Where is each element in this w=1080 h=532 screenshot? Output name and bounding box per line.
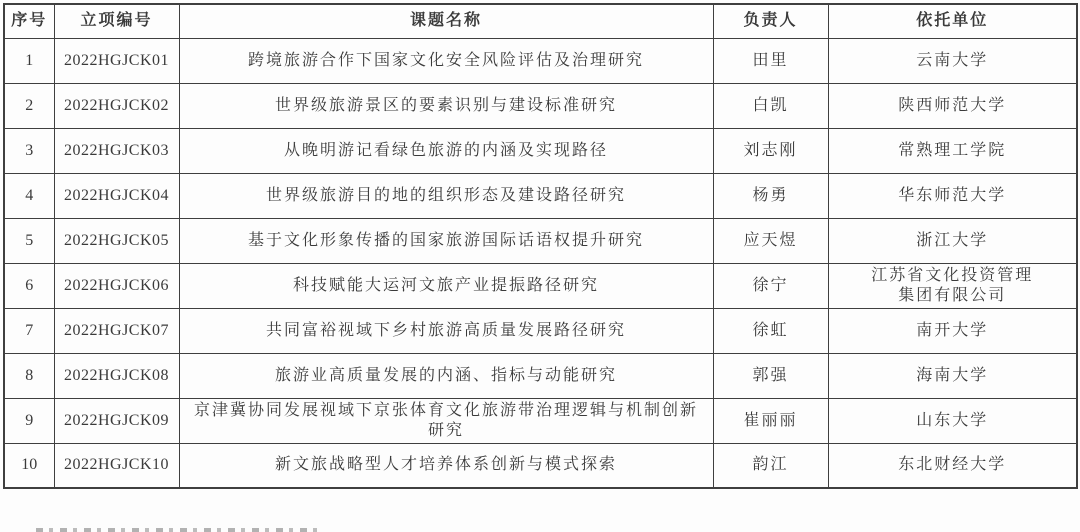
cell-institution: 常熟理工学院 bbox=[828, 128, 1077, 173]
cell-title: 共同富裕视域下乡村旅游高质量发展路径研究 bbox=[179, 308, 713, 353]
cell-leader: 徐虹 bbox=[713, 308, 828, 353]
cell-leader: 郭强 bbox=[713, 353, 828, 398]
cell-code: 2022HGJCK03 bbox=[54, 128, 179, 173]
cell-title: 京津冀协同发展视域下京张体育文化旅游带治理逻辑与机制创新 研究 bbox=[179, 398, 713, 443]
clipped-caption-fragment bbox=[36, 528, 321, 532]
cell-institution: 华东师范大学 bbox=[828, 173, 1077, 218]
table-row: 2 2022HGJCK02 世界级旅游景区的要素识别与建设标准研究 白凯 陕西师… bbox=[4, 83, 1077, 128]
cell-title: 世界级旅游目的地的组织形态及建设路径研究 bbox=[179, 173, 713, 218]
header-row: 序号 立项编号 课题名称 负责人 依托单位 bbox=[4, 4, 1077, 38]
cell-title: 世界级旅游景区的要素识别与建设标准研究 bbox=[179, 83, 713, 128]
cell-leader: 田里 bbox=[713, 38, 828, 83]
cell-title: 旅游业高质量发展的内涵、指标与动能研究 bbox=[179, 353, 713, 398]
table-row: 8 2022HGJCK08 旅游业高质量发展的内涵、指标与动能研究 郭强 海南大… bbox=[4, 353, 1077, 398]
cell-leader: 刘志刚 bbox=[713, 128, 828, 173]
cell-seq: 4 bbox=[4, 173, 54, 218]
table-row: 7 2022HGJCK07 共同富裕视域下乡村旅游高质量发展路径研究 徐虹 南开… bbox=[4, 308, 1077, 353]
table-row: 3 2022HGJCK03 从晚明游记看绿色旅游的内涵及实现路径 刘志刚 常熟理… bbox=[4, 128, 1077, 173]
cell-leader: 韵江 bbox=[713, 443, 828, 488]
cell-code: 2022HGJCK05 bbox=[54, 218, 179, 263]
cell-seq: 8 bbox=[4, 353, 54, 398]
cell-seq: 9 bbox=[4, 398, 54, 443]
cell-leader: 崔丽丽 bbox=[713, 398, 828, 443]
cell-seq: 2 bbox=[4, 83, 54, 128]
cell-seq: 10 bbox=[4, 443, 54, 488]
cell-title: 从晚明游记看绿色旅游的内涵及实现路径 bbox=[179, 128, 713, 173]
table-row: 10 2022HGJCK10 新文旅战略型人才培养体系创新与模式探索 韵江 东北… bbox=[4, 443, 1077, 488]
cell-institution: 南开大学 bbox=[828, 308, 1077, 353]
cell-institution: 海南大学 bbox=[828, 353, 1077, 398]
table-row: 9 2022HGJCK09 京津冀协同发展视域下京张体育文化旅游带治理逻辑与机制… bbox=[4, 398, 1077, 443]
page: 序号 立项编号 课题名称 负责人 依托单位 1 2022HGJCK01 跨境旅游… bbox=[0, 0, 1080, 532]
cell-seq: 7 bbox=[4, 308, 54, 353]
table-body: 1 2022HGJCK01 跨境旅游合作下国家文化安全风险评估及治理研究 田里 … bbox=[4, 38, 1077, 488]
cell-title: 基于文化形象传播的国家旅游国际话语权提升研究 bbox=[179, 218, 713, 263]
cell-seq: 5 bbox=[4, 218, 54, 263]
cell-code: 2022HGJCK09 bbox=[54, 398, 179, 443]
cell-code: 2022HGJCK10 bbox=[54, 443, 179, 488]
header-leader: 负责人 bbox=[713, 4, 828, 38]
project-table: 序号 立项编号 课题名称 负责人 依托单位 1 2022HGJCK01 跨境旅游… bbox=[3, 3, 1078, 489]
cell-leader: 白凯 bbox=[713, 83, 828, 128]
cell-title: 新文旅战略型人才培养体系创新与模式探索 bbox=[179, 443, 713, 488]
header-seq: 序号 bbox=[4, 4, 54, 38]
cell-institution: 陕西师范大学 bbox=[828, 83, 1077, 128]
cell-title: 科技赋能大运河文旅产业提振路径研究 bbox=[179, 263, 713, 308]
cell-code: 2022HGJCK02 bbox=[54, 83, 179, 128]
cell-seq: 6 bbox=[4, 263, 54, 308]
cell-leader: 徐宁 bbox=[713, 263, 828, 308]
cell-code: 2022HGJCK06 bbox=[54, 263, 179, 308]
table-row: 5 2022HGJCK05 基于文化形象传播的国家旅游国际话语权提升研究 应天煜… bbox=[4, 218, 1077, 263]
cell-code: 2022HGJCK07 bbox=[54, 308, 179, 353]
cell-leader: 杨勇 bbox=[713, 173, 828, 218]
table-row: 1 2022HGJCK01 跨境旅游合作下国家文化安全风险评估及治理研究 田里 … bbox=[4, 38, 1077, 83]
cell-code: 2022HGJCK01 bbox=[54, 38, 179, 83]
cell-title: 跨境旅游合作下国家文化安全风险评估及治理研究 bbox=[179, 38, 713, 83]
table-row: 4 2022HGJCK04 世界级旅游目的地的组织形态及建设路径研究 杨勇 华东… bbox=[4, 173, 1077, 218]
cell-institution: 东北财经大学 bbox=[828, 443, 1077, 488]
header-title: 课题名称 bbox=[179, 4, 713, 38]
cell-code: 2022HGJCK04 bbox=[54, 173, 179, 218]
cell-institution: 浙江大学 bbox=[828, 218, 1077, 263]
table-row: 6 2022HGJCK06 科技赋能大运河文旅产业提振路径研究 徐宁 江苏省文化… bbox=[4, 263, 1077, 308]
cell-institution: 山东大学 bbox=[828, 398, 1077, 443]
cell-leader: 应天煜 bbox=[713, 218, 828, 263]
cell-institution: 云南大学 bbox=[828, 38, 1077, 83]
cell-seq: 3 bbox=[4, 128, 54, 173]
cell-seq: 1 bbox=[4, 38, 54, 83]
cell-institution: 江苏省文化投资管理 集团有限公司 bbox=[828, 263, 1077, 308]
header-code: 立项编号 bbox=[54, 4, 179, 38]
cell-code: 2022HGJCK08 bbox=[54, 353, 179, 398]
header-institution: 依托单位 bbox=[828, 4, 1077, 38]
